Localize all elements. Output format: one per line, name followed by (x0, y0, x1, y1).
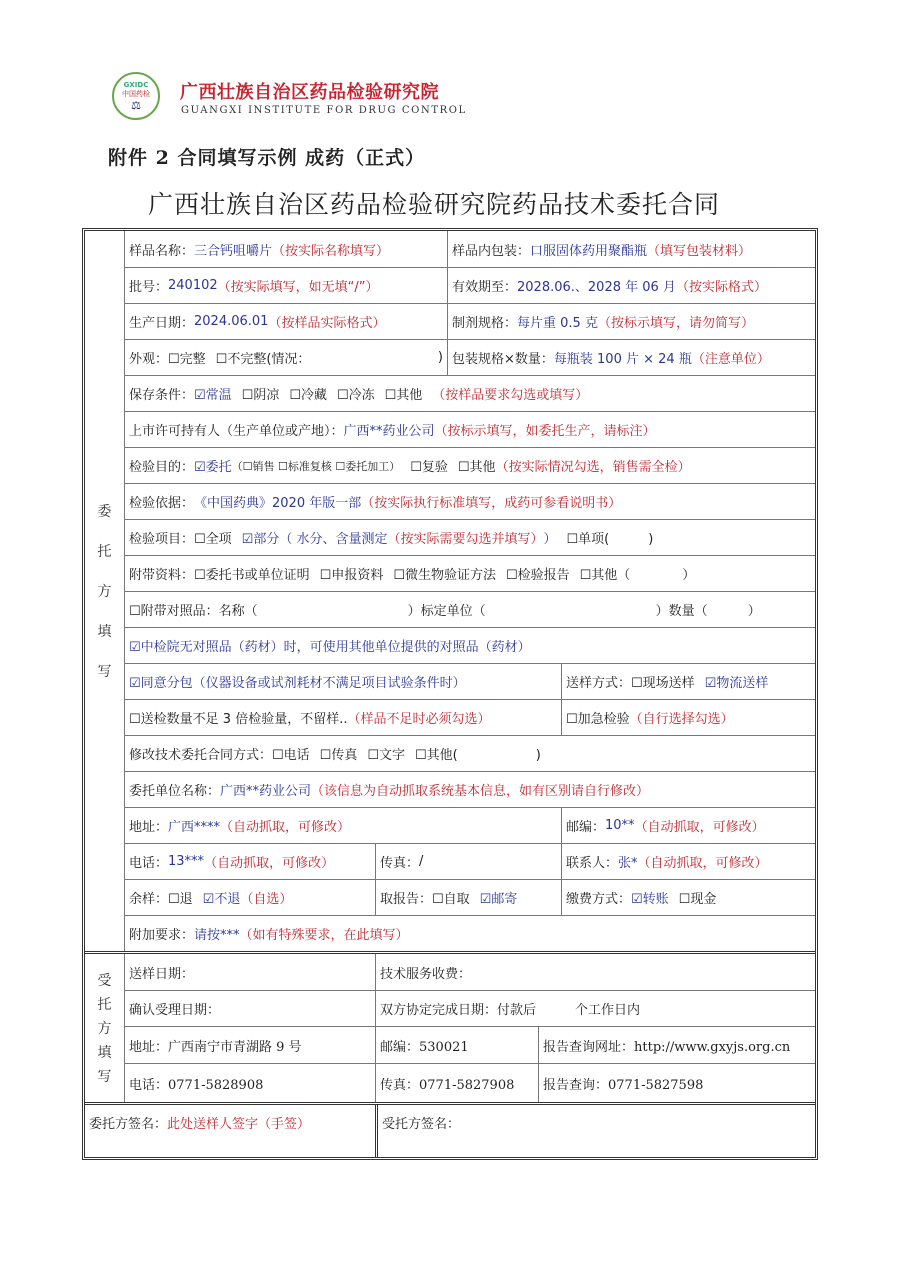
spec-field[interactable]: 制剂规格：每片重 0.5 克（按标示填写，请勿简写） (447, 304, 815, 339)
checkbox-subcontract[interactable]: ☑同意分包（仪器设备或试剂耗材不满足项目试验条件时） (125, 664, 561, 699)
logo-text-middle: 中国药检 (122, 89, 150, 99)
checkbox-authorization[interactable]: ☐委托书或单位证明 (194, 564, 310, 583)
field-value: 每瓶装 100 片 × 24 瓶 (554, 348, 692, 367)
annex-heading: 附件 2 合同填写示例 成药（正式） (108, 143, 425, 170)
side-char: 方 (98, 1018, 112, 1038)
field-value: 三合钙咀嚼片 (194, 240, 272, 259)
purpose-field: 检验目的：☑委托（☐销售 ☐标准复核 ☐委托加工）☐复验☐其他（按实际情况勾选，… (125, 448, 815, 483)
send-date-field[interactable]: 送样日期： (125, 954, 375, 990)
field-hint: （按实际格式） (676, 276, 767, 295)
basis-field[interactable]: 检验依据：《中国药典》2020 年版一部（按实际执行标准填写，成药可参看说明书） (125, 484, 815, 519)
form-row: 电话：13***（自动抓取，可修改） 传真：/ 联系人：张*（自动抓取，可修改） (125, 843, 815, 879)
payment-field: 缴费方式：☑转账☐现金 (561, 880, 815, 915)
field-value: 240102 (168, 278, 218, 293)
checkbox-cool[interactable]: ☐阴凉 (242, 384, 280, 403)
field-hint: （按实际需要勾选并填写） (387, 528, 543, 547)
form-row: ☑中检院无对照品（药材）时，可使用其他单位提供的对照品（药材） (125, 627, 815, 663)
institute-address: 地址：广西南宁市青湖路 9 号 (125, 1027, 375, 1063)
checkbox-self-pickup[interactable]: ☐自取 (432, 888, 470, 907)
checkbox-other[interactable]: ☐其他( ) (415, 744, 541, 763)
side-char: 委 (98, 501, 112, 521)
checkbox-fax[interactable]: ☐传真 (320, 744, 358, 763)
org-name-cn: 广西壮族自治区药品检验研究院 (180, 78, 439, 104)
form-row: 地址：广西****（自动抓取，可修改） 邮编：10**（自动抓取，可修改） (125, 807, 815, 843)
contract-form: 委 托 方 填 写 样品名称：三合钙咀嚼片（按实际名称填写） 样品内包装：口服固… (82, 228, 818, 1160)
field-value: 2024.06.01 (194, 314, 268, 329)
checkbox-full[interactable]: ☐全项 (194, 528, 232, 547)
checkbox-onsite[interactable]: ☐现场送样 (631, 672, 695, 691)
batch-field[interactable]: 批号：240102（按实际填写，如无填“/”） (125, 268, 447, 303)
field-hint: （自动抓取，可修改） (204, 852, 334, 871)
form-row: 保存条件：☑常温☐阴凉☐冷藏☐冷冻☐其他（按样品要求勾选或填写） (125, 375, 815, 411)
field-hint: （按标示填写，请勿简写） (598, 312, 754, 331)
items-field: 检验项目：☐全项☑部分（ 水分、含量测定（按实际需要勾选并填写））☐单项( ) (125, 520, 815, 555)
checkbox-no-return[interactable]: ☑不退 (203, 888, 241, 907)
client-signature-field[interactable]: 委托方签名：此处送样人签字（手签） (85, 1105, 375, 1157)
checkbox-other[interactable]: ☐其他 (385, 384, 423, 403)
checkbox-application[interactable]: ☐申报资料 (320, 564, 384, 583)
field-label: 送样方式： (566, 672, 631, 691)
field-hint: （按实际执行标准填写，成药可参看说明书） (361, 492, 621, 511)
expiry-field[interactable]: 有效期至：2028.06.、2028 年 06 月（按实际格式） (447, 268, 815, 303)
reference-field: ☐附带对照品：名称（）标定单位（）数量（） (125, 592, 815, 627)
field-value: 广西**** (168, 816, 220, 835)
client-section-label: 委 托 方 填 写 (85, 231, 125, 951)
field-hint: （该信息为自动抓取系统基本信息，如有区别请自行修改） (311, 780, 649, 799)
field-label: 批号： (129, 276, 168, 295)
field-label: 有效期至： (452, 276, 517, 295)
field-hint: （填写包装材料） (647, 240, 751, 259)
institute-section: 受 托 方 填 写 送样日期： 技术服务收费： 确认受理日期： 双方协定完成日期… (85, 951, 815, 1102)
field-label: 附带资料： (129, 564, 194, 583)
sample-name-field[interactable]: 样品名称：三合钙咀嚼片（按实际名称填写） (125, 231, 447, 267)
checkbox-phone[interactable]: ☐电话 (272, 744, 310, 763)
postcode-field[interactable]: 邮编：10**（自动抓取，可修改） (561, 808, 815, 843)
fee-field[interactable]: 技术服务收费： (375, 954, 815, 990)
logo-text-top: GXIDC (124, 81, 149, 89)
field-hint: （按样品要求勾选或填写） (432, 384, 588, 403)
field-hint: （如有特殊要求，在此填写） (240, 924, 409, 943)
checkbox-partial[interactable]: ☑部分（ 水分、含量测定 (242, 528, 388, 547)
query-phone: 报告查询：0771-5827598 (538, 1064, 815, 1102)
checkbox-micro-method[interactable]: ☐微生物验证方法 (393, 564, 496, 583)
side-char: 托 (98, 541, 112, 561)
side-char: 写 (98, 661, 112, 681)
checkbox-freeze[interactable]: ☐冷冻 (337, 384, 375, 403)
field-hint: （样品不足时必须勾选） (347, 708, 490, 727)
field-label: 上市许可持有人（生产单位或产地）： (129, 420, 344, 439)
field-label: 外观： (129, 348, 168, 367)
field-label: 检验目的： (129, 456, 194, 475)
mah-field[interactable]: 上市许可持有人（生产单位或产地）：广西**药业公司（按标示填写，如委托生产，请标… (125, 412, 815, 447)
checkbox-text[interactable]: ☐文字 (367, 744, 405, 763)
checkbox-complete[interactable]: ☐完整 (168, 348, 206, 367)
org-name-en: GUANGXI INSTITUTE FOR DRUG CONTROL (181, 105, 467, 116)
field-label: 生产日期： (129, 312, 194, 331)
field-label: 样品名称： (129, 240, 194, 259)
insufficient-field: ☐送检数量不足 3 倍检验量，不留样..（样品不足时必须勾选） (125, 700, 561, 735)
form-row: 修改技术委托合同方式：☐电话☐传真☐文字☐其他( ) (125, 735, 815, 771)
form-row: 确认受理日期： 双方协定完成日期：付款后 个工作日内 (125, 990, 815, 1026)
field-value: / (419, 854, 423, 869)
checkbox-incomplete[interactable]: ☐不完整(情况： (216, 348, 311, 367)
form-row: 检验目的：☑委托（☐销售 ☐标准复核 ☐委托加工）☐复验☐其他（按实际情况勾选，… (125, 447, 815, 483)
address-field[interactable]: 地址：广西****（自动抓取，可修改） (125, 808, 561, 843)
field-hint: （自动抓取，可修改） (220, 816, 350, 835)
query-url[interactable]: 报告查询网址：http://www.gxyjs.org.cn (538, 1027, 815, 1063)
field-value: 请按*** (194, 924, 240, 943)
side-char: 受 (98, 970, 112, 990)
field-value: 张* (618, 852, 638, 871)
form-row: 余样：☐退☑不退（自选） 取报告：☐自取☑邮寄 缴费方式：☑转账☐现金 (125, 879, 815, 915)
field-label: 检验项目： (129, 528, 194, 547)
institute-section-label: 受 托 方 填 写 (85, 954, 125, 1102)
checkbox-other[interactable]: ☐其他 (458, 456, 496, 475)
inner-pack-field[interactable]: 样品内包装：口服固体药用聚酯瓶（填写包装材料） (447, 231, 815, 267)
field-hint: 此处送样人签字（手签） (167, 1113, 310, 1132)
side-char: 填 (98, 621, 112, 641)
modify-field: 修改技术委托合同方式：☐电话☐传真☐文字☐其他( ) (125, 736, 815, 771)
side-char: 填 (98, 1042, 112, 1062)
field-value: 10** (605, 818, 635, 833)
extra-requirements-field[interactable]: 附加要求：请按***（如有特殊要求，在此填写） (125, 916, 815, 951)
form-row: 检验项目：☐全项☑部分（ 水分、含量测定（按实际需要勾选并填写））☐单项( ) (125, 519, 815, 555)
checkbox-cash[interactable]: ☐现金 (679, 888, 717, 907)
delivery-field: 送样方式：☐现场送样☑物流送样 (561, 664, 815, 699)
side-char: 写 (98, 1066, 112, 1086)
field-label: 附加要求： (129, 924, 194, 943)
field-value: 每片重 0.5 克 (517, 312, 598, 331)
institute-signature-field[interactable]: 受托方签名： (375, 1105, 815, 1157)
form-row: 上市许可持有人（生产单位或产地）：广西**药业公司（按标示填写，如委托生产，请标… (125, 411, 815, 447)
leftover-field: 余样：☐退☑不退（自选） (125, 880, 375, 915)
attachments-field: 附带资料：☐委托书或单位证明☐申报资料☐微生物验证方法☐检验报告☐其他（ ） (125, 556, 815, 591)
signature-row: 委托方签名：此处送样人签字（手签） 受托方签名： (85, 1102, 815, 1157)
institute-logo: GXIDC 中国药检 ⚖ (112, 72, 160, 120)
form-row: 附加要求：请按***（如有特殊要求，在此填写） (125, 915, 815, 951)
storage-field: 保存条件：☑常温☐阴凉☐冷藏☐冷冻☐其他（按样品要求勾选或填写） (125, 376, 815, 411)
form-row: 检验依据：《中国药典》2020 年版一部（按实际执行标准填写，成药可参看说明书） (125, 483, 815, 519)
field-label: 委托单位名称： (129, 780, 220, 799)
side-char: 方 (98, 581, 112, 601)
checkbox-logistics[interactable]: ☑物流送样 (705, 672, 769, 691)
field-label: 包装规格×数量： (452, 348, 554, 367)
form-row: 送样日期： 技术服务收费： (125, 954, 815, 990)
form-row: ☑同意分包（仪器设备或试剂耗材不满足项目试验条件时） 送样方式：☐现场送样☑物流… (125, 663, 815, 699)
form-row: 地址：广西南宁市青湖路 9 号 邮编：530021 报告查询网址：http://… (125, 1026, 815, 1063)
field-hint: （自动抓取，可修改） (638, 852, 768, 871)
field-hint: （按标示填写，如委托生产，请标注） (435, 420, 656, 439)
checkbox-commission[interactable]: ☑委托 (194, 456, 232, 475)
field-value: 口服固体药用聚酯瓶 (530, 240, 647, 259)
client-name-field[interactable]: 委托单位名称：广西**药业公司（该信息为自动抓取系统基本信息，如有区别请自行修改… (125, 772, 815, 807)
checkbox-urgent[interactable]: ☐加急检验 (566, 708, 630, 727)
field-value: 13*** (168, 854, 204, 869)
paren: ） (543, 528, 556, 547)
field-value: 2028.06.、2028 年 06 月 (517, 276, 676, 295)
field-label: 地址： (129, 816, 168, 835)
scales-icon: ⚖ (131, 99, 141, 112)
pack-qty-field[interactable]: 包装规格×数量：每瓶装 100 片 × 24 瓶（注意单位） (447, 340, 815, 375)
form-row: 外观：☐完整☐不完整(情况：) 包装规格×数量：每瓶装 100 片 × 24 瓶… (125, 339, 815, 375)
mfg-date-field[interactable]: 生产日期：2024.06.01（按样品实际格式） (125, 304, 447, 339)
field-value: 广西**药业公司 (344, 420, 435, 439)
checkbox-return[interactable]: ☐退 (168, 888, 193, 907)
side-char: 托 (98, 994, 112, 1014)
checkbox-reference[interactable]: ☐附带对照品：名称（ (129, 600, 258, 619)
form-row: 批号：240102（按实际填写，如无填“/”） 有效期至：2028.06.、20… (125, 267, 815, 303)
field-hint: （自行选择勾选） (630, 708, 734, 727)
checkbox-mail[interactable]: ☑邮寄 (480, 888, 518, 907)
institute-phone: 电话：0771-5828908 (125, 1064, 375, 1102)
form-row: ☐附带对照品：名称（）标定单位（）数量（） (125, 591, 815, 627)
purpose-sub-options[interactable]: （☐销售 ☐标准复核 ☐委托加工） (232, 458, 401, 474)
paren: ) (438, 350, 443, 365)
checkbox-recheck[interactable]: ☐复验 (410, 456, 448, 475)
field-hint: （自选） (240, 888, 292, 907)
field-hint: （自动抓取，可修改） (635, 816, 765, 835)
field-label: 样品内包装： (452, 240, 530, 259)
field-label: ）数量（ (656, 600, 708, 619)
contact-field[interactable]: 联系人：张*（自动抓取，可修改） (561, 844, 815, 879)
field-hint: （按实际名称填写） (272, 240, 389, 259)
field-label: 电话： (129, 852, 168, 871)
report-pickup-field: 取报告：☐自取☑邮寄 (375, 880, 561, 915)
field-label: 制剂规格： (452, 312, 517, 331)
checkbox-transfer[interactable]: ☑转账 (631, 888, 669, 907)
field-hint: （按实际填写，如无填“/”） (218, 276, 379, 295)
form-row: 附带资料：☐委托书或单位证明☐申报资料☐微生物验证方法☐检验报告☐其他（ ） (125, 555, 815, 591)
field-hint: （按实际情况勾选，销售需全检） (496, 456, 691, 475)
checkbox-single[interactable]: ☐单项( ) (567, 528, 654, 547)
page-title: 广西壮族自治区药品检验研究院药品技术委托合同 (148, 185, 720, 221)
field-hint: （按样品实际格式） (268, 312, 385, 331)
field-label: 委托方签名： (89, 1113, 167, 1132)
checkbox-refrigerate[interactable]: ☐冷藏 (289, 384, 327, 403)
form-row: 委托单位名称：广西**药业公司（该信息为自动抓取系统基本信息，如有区别请自行修改… (125, 771, 815, 807)
urgent-field: ☐加急检验（自行选择勾选） (561, 700, 815, 735)
field-label: ）标定单位（ (408, 600, 486, 619)
form-row: 样品名称：三合钙咀嚼片（按实际名称填写） 样品内包装：口服固体药用聚酯瓶（填写包… (125, 231, 815, 267)
field-label: 取报告： (380, 888, 432, 907)
field-label: 检验依据： (129, 492, 194, 511)
completion-field[interactable]: 双方协定完成日期：付款后 个工作日内 (375, 991, 815, 1026)
field-label: 修改技术委托合同方式： (129, 744, 272, 763)
client-section: 委 托 方 填 写 样品名称：三合钙咀嚼片（按实际名称填写） 样品内包装：口服固… (85, 231, 815, 951)
field-label: 保存条件： (129, 384, 194, 403)
field-label: 受托方签名： (382, 1113, 460, 1132)
field-label: 联系人： (566, 852, 618, 871)
checkbox-report[interactable]: ☐检验报告 (506, 564, 570, 583)
form-row: ☐送检数量不足 3 倍检验量，不留样..（样品不足时必须勾选） ☐加急检验（自行… (125, 699, 815, 735)
form-row: 生产日期：2024.06.01（按样品实际格式） 制剂规格：每片重 0.5 克（… (125, 303, 815, 339)
phone-field[interactable]: 电话：13***（自动抓取，可修改） (125, 844, 375, 879)
institute-fax: 传真：0771-5827908 (375, 1064, 538, 1102)
field-hint: （注意单位） (692, 348, 770, 367)
field-value: 《中国药典》2020 年版一部 (194, 492, 361, 511)
checkbox-room-temp[interactable]: ☑常温 (194, 384, 232, 403)
field-label: 缴费方式： (566, 888, 631, 907)
checkbox-other[interactable]: ☐其他（ ） (580, 564, 696, 583)
field-label: 余样： (129, 888, 168, 907)
field-label: 邮编： (566, 816, 605, 835)
paren: ） (748, 600, 761, 619)
fax-field[interactable]: 传真：/ (375, 844, 561, 879)
checkbox-insufficient[interactable]: ☐送检数量不足 3 倍检验量，不留样.. (129, 708, 347, 727)
field-label: 传真： (380, 852, 419, 871)
appearance-field: 外观：☐完整☐不完整(情况：) (125, 340, 447, 375)
accept-date-field[interactable]: 确认受理日期： (125, 991, 375, 1026)
field-value: 广西**药业公司 (220, 780, 311, 799)
institute-postcode: 邮编：530021 (375, 1027, 538, 1063)
checkbox-alt-reference[interactable]: ☑中检院无对照品（药材）时，可使用其他单位提供的对照品（药材） (125, 628, 815, 663)
form-row: 电话：0771-5828908 传真：0771-5827908 报告查询：077… (125, 1063, 815, 1102)
